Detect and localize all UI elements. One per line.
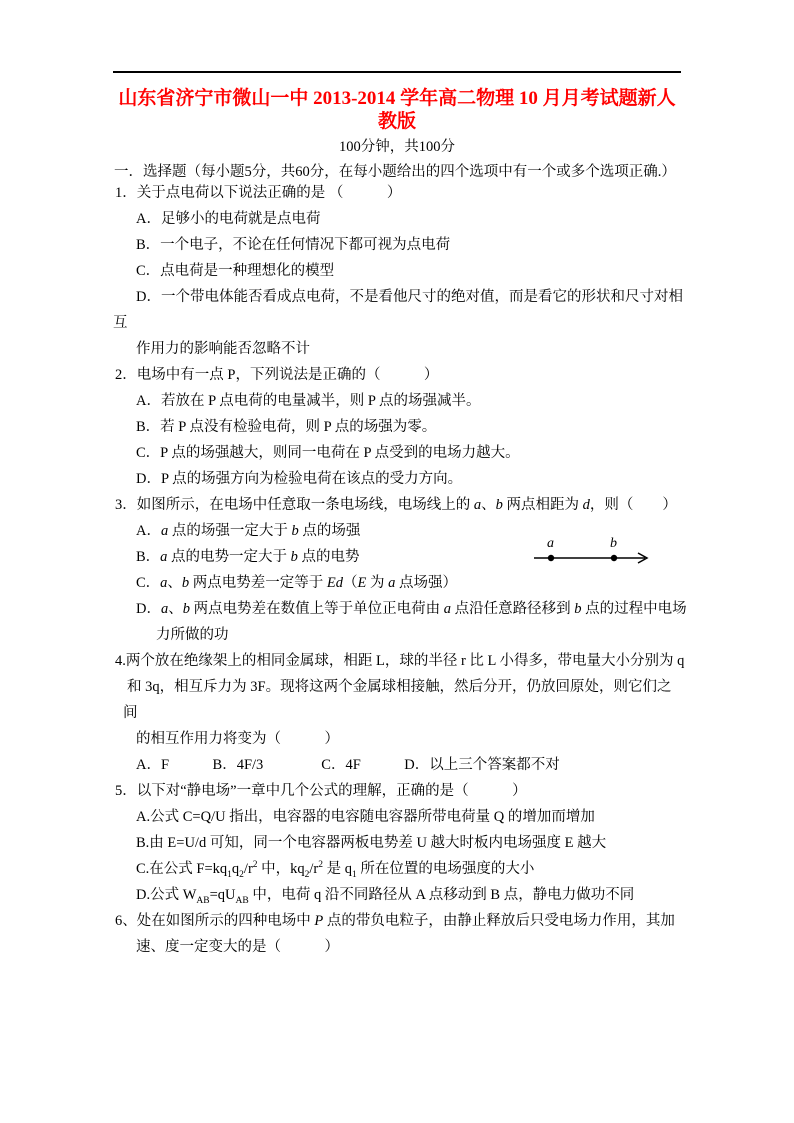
doc-line: B．若 P 点没有检验电荷，则 P 点的场强为零。	[113, 414, 691, 440]
text-segment: 的相互作用力将变为（ ）	[136, 731, 339, 747]
doc-line: D．P 点的场强方向为检验电荷在该点的受力方向。	[113, 466, 691, 492]
text-segment: 点的带负电粒子，由静止释放后只受电场力作用，其加	[323, 913, 675, 929]
page-title: 山东省济宁市微山一中 2013-2014 学年高二物理 10 月月考试题新人教版	[113, 87, 681, 133]
text-segment: b	[291, 549, 298, 565]
doc-line: B．一个电子，不论在任何情况下都可视为点电荷	[113, 232, 691, 258]
text-segment: 5．以下对“静电场”一章中几个公式的理解，正确的是（ ）	[115, 783, 527, 799]
doc-line: 6、处在如图所示的四种电场中 P 点的带负电粒子，由静止释放后只受电场力作用，其…	[113, 908, 691, 934]
text-segment: 为	[366, 575, 388, 591]
doc-line: 作用力的影响能否忽略不计	[113, 336, 691, 362]
text-segment: C.在公式 F=kq	[136, 861, 227, 877]
doc-line: 力所做的功	[113, 622, 691, 648]
text-segment: 点的电势	[298, 549, 360, 565]
text-segment: 点的过程中电场	[581, 601, 686, 617]
text-segment: 两点电势差在数值上等于单位正电荷由	[190, 601, 444, 617]
text-segment: B.由 E=U/d 可知，同一个电容器两板电势差 U 越大时板内电场强度 E 越…	[136, 835, 606, 851]
text-segment: A.公式 C=Q/U 指出，电容器的电容随电容器所带电荷量 Q 的增加而增加	[136, 809, 595, 825]
text-segment: A．	[136, 523, 161, 539]
text-segment: 互	[113, 315, 128, 331]
text-segment: C．	[136, 575, 160, 591]
text-segment: C．P 点的场强越大，则同一电荷在 P 点受到的电场力越大。	[136, 445, 520, 461]
doc-line: A．F B．4F/3 C．4F D．以上三个答案都不对	[113, 752, 691, 778]
doc-line: C．P 点的场强越大，则同一电荷在 P 点受到的电场力越大。	[113, 440, 691, 466]
text-segment: C．点电荷是一种理想化的模型	[136, 263, 334, 279]
text-segment: 1．关于点电荷以下说法正确的是 （ ）	[115, 185, 401, 201]
text-segment: d	[583, 497, 590, 513]
point-b-label: b	[610, 536, 617, 551]
text-segment: 中，kq	[258, 861, 305, 877]
field-line-diagram: a b	[531, 534, 655, 570]
text-segment: b	[183, 601, 190, 617]
text-segment: 、	[481, 497, 496, 513]
doc-line: C.在公式 F=kq1q2/r2 中，kq2/r2 是 q1 所在位置的电场强度…	[113, 856, 691, 882]
duration-line: 100分钟，共100分	[113, 135, 681, 156]
doc-line: 1．关于点电荷以下说法正确的是 （ ）	[113, 180, 691, 206]
text-segment: 3．如图所示，在电场中任意取一条电场线，电场线上的	[115, 497, 474, 513]
text-segment: （	[343, 575, 358, 591]
doc-line: 的相互作用力将变为（ ）	[113, 726, 691, 752]
text-segment: D．P 点的场强方向为检验电荷在该点的受力方向。	[136, 471, 462, 487]
field-line-figure: a b	[531, 534, 655, 570]
doc-line: 5．以下对“静电场”一章中几个公式的理解，正确的是（ ）	[113, 778, 691, 804]
doc-line: C．a、b 两点电势差一定等于 Ed（E 为 a 点场强）	[113, 570, 691, 596]
text-segment: 是 q	[323, 861, 352, 877]
text-segment: ，则（ ）	[590, 497, 677, 513]
text-segment: A．若放在 P 点电荷的电量减半，则 P 点的场强减半。	[136, 393, 481, 409]
doc-line: D．一个带电体能否看成点电荷，不是看他尺寸的绝对值，而是看它的形状和尺寸对相	[113, 284, 691, 310]
point-a-dot	[548, 555, 554, 561]
doc-line: A.公式 C=Q/U 指出，电容器的电容随电容器所带电荷量 Q 的增加而增加	[113, 804, 691, 830]
doc-line: B.由 E=U/d 可知，同一个电容器两板电势差 U 越大时板内电场强度 E 越…	[113, 830, 691, 856]
text-segment: 点的电势一定大于	[167, 549, 290, 565]
text-segment: 作用力的影响能否忽略不计	[136, 341, 310, 357]
text-segment: D.公式 W	[136, 887, 196, 903]
text-segment: a	[444, 601, 451, 617]
text-segment: 点的场强一定大于	[168, 523, 291, 539]
doc-line: C．点电荷是一种理想化的模型	[113, 258, 691, 284]
point-b-dot	[611, 555, 617, 561]
text-segment: 、	[167, 575, 182, 591]
text-segment: 和 3q，相互斥力为 3F。现将这两个金属球相接触，然后分开，仍放回原处，则它们…	[127, 679, 672, 695]
text-segment: 所在位置的电场强度的大小	[357, 861, 535, 877]
text-segment: A．F B．4F/3 C．4F D．以上三个答案都不对	[136, 757, 560, 773]
text-segment: 点沿任意路径移到	[451, 601, 574, 617]
doc-line: 互	[113, 310, 691, 336]
text-segment: 间	[123, 705, 138, 721]
text-segment: b	[291, 523, 298, 539]
doc-line: A．若放在 P 点电荷的电量减半，则 P 点的场强减半。	[113, 388, 691, 414]
text-segment: AB	[196, 896, 209, 906]
doc-line: 2．电场中有一点 P，下列说法是正确的（ ）	[113, 362, 691, 388]
doc-line: A．足够小的电荷就是点电荷	[113, 206, 691, 232]
text-segment: B．若 P 点没有检验电荷，则 P 点的场强为零。	[136, 419, 436, 435]
text-segment: D．一个带电体能否看成点电荷，不是看他尺寸的绝对值，而是看它的形状和尺寸对相	[136, 289, 683, 305]
text-segment: 、	[168, 601, 183, 617]
text-segment: P	[314, 913, 323, 929]
text-segment: 中，电荷 q 沿不同路径从 A 点移动到 B 点，静电力做功不同	[249, 887, 634, 903]
text-segment: 4.两个放在绝缘架上的相同金属球，相距 L，球的半径 r 比 L 小得多，带电量…	[115, 653, 684, 669]
text-segment: 6、处在如图所示的四种电场中	[115, 913, 314, 929]
text-segment: 两点相距为	[503, 497, 583, 513]
doc-line: D．a、b 两点电势差在数值上等于单位正电荷由 a 点沿任意路径移到 b 点的过…	[113, 596, 691, 622]
text-segment: 速、度一定变大的是（ ）	[136, 939, 339, 955]
header-rule	[113, 71, 681, 73]
text-segment: 点场强）	[395, 575, 457, 591]
doc-line: D.公式 WAB=qUAB 中，电荷 q 沿不同路径从 A 点移动到 B 点，静…	[113, 882, 691, 908]
text-segment: Ed	[327, 575, 343, 591]
text-segment: =qU	[210, 887, 236, 903]
exam-document-page: 山东省济宁市微山一中 2013-2014 学年高二物理 10 月月考试题新人教版…	[0, 0, 794, 1123]
text-segment: 点的场强	[299, 523, 361, 539]
doc-line: 和 3q，相互斥力为 3F。现将这两个金属球相接触，然后分开，仍放回原处，则它们…	[113, 674, 691, 700]
doc-line: 速、度一定变大的是（ ）	[113, 934, 691, 960]
text-segment: 力所做的功	[156, 627, 229, 643]
text-segment: 2．电场中有一点 P，下列说法是正确的（ ）	[115, 367, 438, 383]
text-segment: D．	[136, 601, 161, 617]
text-segment: A．足够小的电荷就是点电荷	[136, 211, 320, 227]
section-heading: 一．选择题（每小题5分，共60分，在每小题给出的四个选项中有一个或多个选项正确.…	[114, 160, 696, 181]
text-segment: /r	[309, 861, 318, 877]
text-segment: /r	[244, 861, 253, 877]
point-a-label: a	[547, 536, 554, 551]
text-segment: b	[496, 497, 503, 513]
doc-line: 4.两个放在绝缘架上的相同金属球，相距 L，球的半径 r 比 L 小得多，带电量…	[113, 648, 691, 674]
text-segment: B．一个电子，不论在任何情况下都可视为点电荷	[136, 237, 450, 253]
doc-line: 间	[113, 700, 691, 726]
text-segment: B．	[136, 549, 160, 565]
doc-line: 3．如图所示，在电场中任意取一条电场线，电场线上的 a、b 两点相距为 d，则（…	[113, 492, 691, 518]
text-segment: 两点电势差一定等于	[189, 575, 327, 591]
text-segment: AB	[236, 896, 249, 906]
